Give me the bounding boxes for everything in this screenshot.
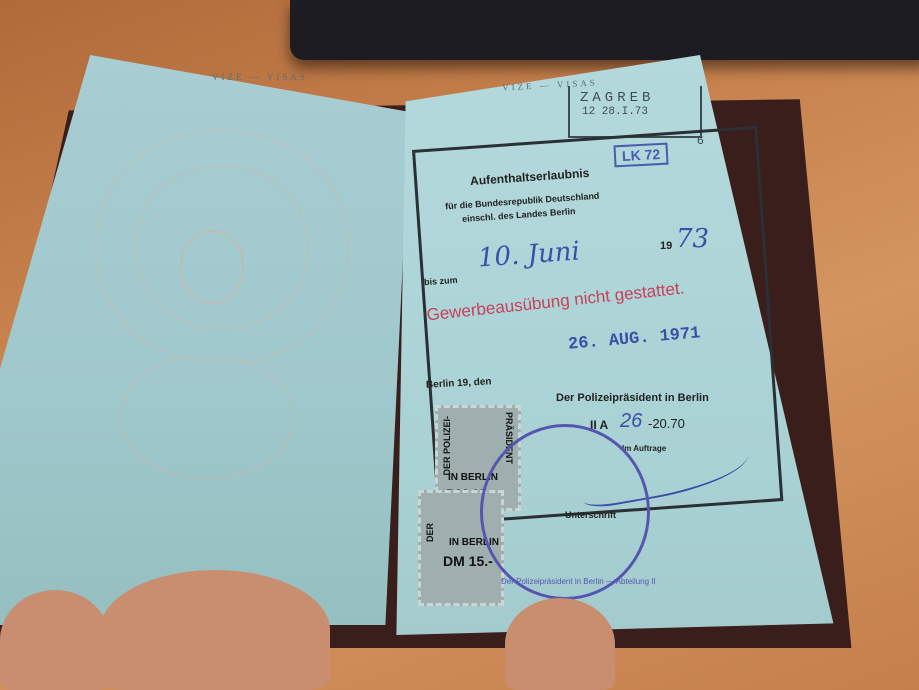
guilloche-pattern <box>120 355 294 479</box>
reference-box: LK 72 <box>613 143 668 168</box>
passport-left-page <box>0 55 410 625</box>
official-seal: Der Polizeipräsident in Berlin — Abteilu… <box>480 424 650 600</box>
fee-stamp-text: DER <box>425 523 435 542</box>
left-page-header: VIZE — VISAS <box>212 72 308 82</box>
thumb <box>100 570 330 690</box>
ref-suffix: -20.70 <box>648 416 685 431</box>
entry-stamp-date: 12 28.I.73 <box>570 106 700 118</box>
year-prefix: 19 <box>660 240 672 252</box>
finger <box>505 598 615 690</box>
ref-handwritten: 26 <box>620 410 642 433</box>
entry-stamp-city: ZAGREB <box>570 86 700 106</box>
year-handwritten: 73 <box>676 224 709 254</box>
fee-stamp-text: DER POLIZEI- <box>442 416 452 476</box>
authority: Der Polizeipräsident in Berlin <box>556 392 709 404</box>
emblem-watermark <box>180 230 244 304</box>
dark-case <box>290 0 919 60</box>
finger <box>0 590 110 690</box>
fee-stamp-value: DM 15.- <box>443 553 493 569</box>
seal-text: Der Polizeipräsident in Berlin — Abteilu… <box>501 577 656 586</box>
